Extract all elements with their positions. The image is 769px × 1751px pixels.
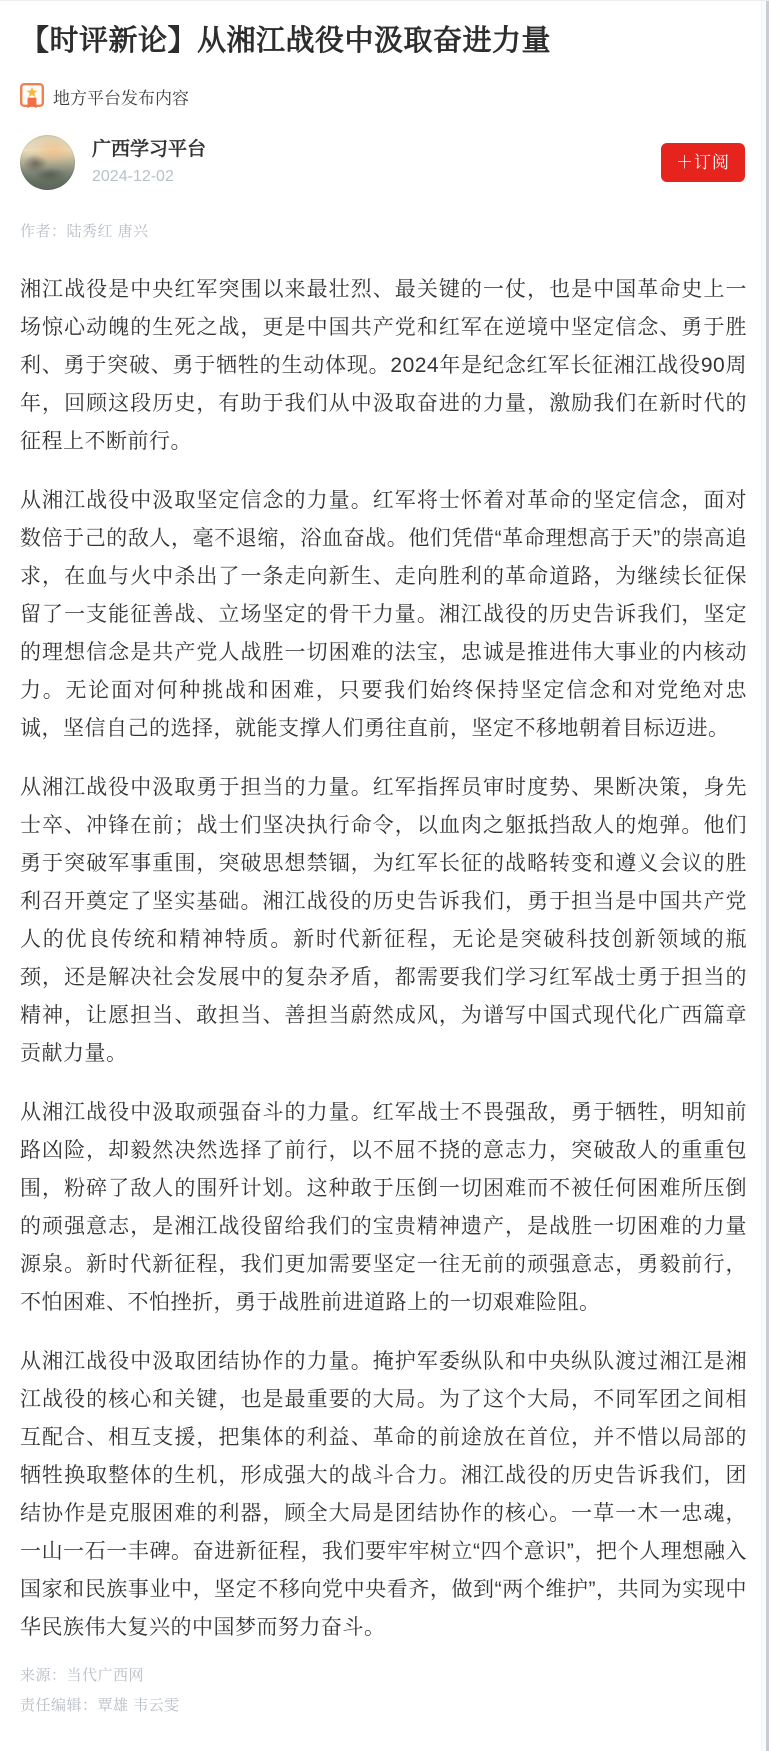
subscribe-button[interactable]: ＋订阅 [661, 143, 745, 182]
publisher-row: 广西学习平台 2024-12-02 ＋订阅 [20, 135, 747, 190]
publish-date: 2024-12-02 [92, 165, 661, 189]
article-body: 湘江战役是中央红军突围以来最壮烈、最关键的一仗，也是中国革命史上一场惊心动魄的生… [20, 271, 747, 1647]
ribbon-star-icon [20, 83, 44, 109]
source-line: 来源：当代广西网 [20, 1661, 747, 1691]
article-paragraph: 从湘江战役中汲取顽强奋斗的力量。红军战士不畏强敌，勇于牺牲，明知前路凶险，却毅然… [20, 1094, 747, 1322]
article-page: 【时评新论】从湘江战役中汲取奋进力量 地方平台发布内容 广西学习平台 2024-… [0, 1, 769, 1751]
article-paragraph: 湘江战役是中央红军突围以来最壮烈、最关键的一仗，也是中国革命史上一场惊心动魄的生… [20, 271, 747, 461]
author-byline: 作者：陆秀红 唐兴 [20, 220, 747, 241]
publisher-avatar[interactable] [20, 135, 75, 190]
publisher-meta: 广西学习平台 2024-12-02 [92, 137, 661, 189]
article-paragraph: 从湘江战役中汲取团结协作的力量。掩护军委纵队和中央纵队渡过湘江是湘江战役的核心和… [20, 1343, 747, 1647]
article-paragraph: 从湘江战役中汲取坚定信念的力量。红军将士怀着对革命的坚定信念，面对数倍于己的敌人… [20, 482, 747, 748]
page-title: 【时评新论】从湘江战役中汲取奋进力量 [20, 21, 747, 61]
badge-label: 地方平台发布内容 [53, 84, 189, 109]
publisher-name[interactable]: 广西学习平台 [92, 137, 661, 163]
article-footer: 来源：当代广西网 责任编辑：覃雄 韦云雯 [20, 1661, 747, 1721]
page-right-border [761, 1, 769, 1751]
article-paragraph: 从湘江战役中汲取勇于担当的力量。红军指挥员审时度势、果断决策，身先士卒、冲锋在前… [20, 769, 747, 1073]
editor-line: 责任编辑：覃雄 韦云雯 [20, 1691, 747, 1721]
platform-badge: 地方平台发布内容 [20, 83, 747, 109]
